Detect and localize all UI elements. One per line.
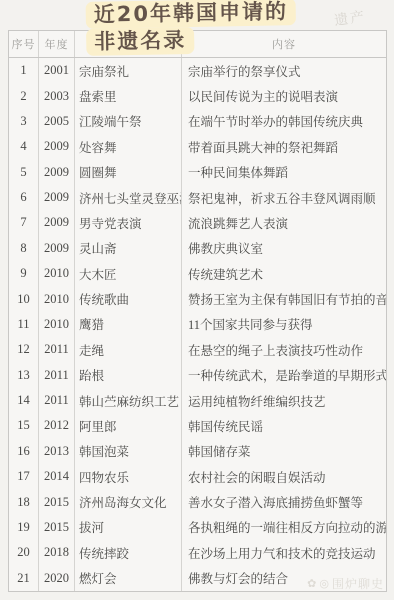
cell-content: 以民间传说为主的说唱表演 [182,83,386,108]
cell-no: 15 [9,413,39,438]
table-row: 42009处容舞带着面具跳大神的祭祀舞蹈 [9,134,386,159]
title-line-1: 近20年韩国申请的 [86,0,297,29]
cell-year: 2015 [39,515,75,540]
cell-no: 3 [9,109,39,134]
cell-no: 11 [9,312,39,337]
cell-content: 韩国储存菜 [182,439,386,464]
cell-year: 2009 [39,134,75,159]
cell-year: 2010 [39,261,75,286]
table-row: 192015拔河各执粗绳的一端往相反方向拉动的游戏 [9,515,386,540]
cell-content: 宗庙举行的祭享仪式 [182,58,386,83]
cell-content: 善水女子潜入海底捕捞鱼虾蟹等 [182,489,386,514]
cell-project: 传统摔跤 [75,540,182,565]
cell-year: 2011 [39,388,75,413]
cell-project: 走绳 [75,337,182,362]
table-body: 12001宗庙祭礼宗庙举行的祭享仪式22003盘索里以民间传说为主的说唱表演32… [9,58,386,591]
cell-no: 20 [9,540,39,565]
cell-project: 燃灯会 [75,566,182,591]
table-row: 82009灵山斋佛教庆典议室 [9,236,386,261]
flower-icon: ✿ [307,577,317,590]
cell-year: 2013 [39,439,75,464]
title-line-2: 非遗名录 [86,27,194,56]
cell-content: 11个国家共同参与获得 [182,312,386,337]
cell-content: 韩国传统民谣 [182,413,386,438]
cell-year: 2003 [39,83,75,108]
cell-project: 济州七头堂灵登巫法 [75,185,182,210]
cell-year: 2020 [39,566,75,591]
table-row: 132011跆根一种传统武术，是跆拳道的早期形式 [9,363,386,388]
table-row: 32005江陵端午祭在端午节时举办的韩国传统庆典 [9,109,386,134]
cell-project: 传统歌曲 [75,286,182,311]
cell-year: 2010 [39,312,75,337]
watermark-top-right: 遗产 [333,6,367,30]
heritage-table: 序号 年度 项目 内容 12001宗庙祭礼宗庙举行的祭享仪式22003盘索里以民… [8,30,387,592]
cell-year: 2018 [39,540,75,565]
cell-year: 2005 [39,109,75,134]
circle-logo-icon: ◎ [319,577,330,590]
cell-no: 18 [9,489,39,514]
cell-project: 阿里郎 [75,413,182,438]
cell-project: 圆圈舞 [75,160,182,185]
cell-content: 在沙场上用力气和技术的竞技运动 [182,540,386,565]
cell-no: 17 [9,464,39,489]
table-row: 102010传统歌曲赞扬王室为主保有韩国旧有节拍的音乐 [9,286,386,311]
cell-content: 祭祀鬼神，祈求五谷丰登风调雨顺 [182,185,386,210]
cell-project: 四物农乐 [75,464,182,489]
cell-content: 赞扬王室为主保有韩国旧有节拍的音乐 [182,286,386,311]
table-row: 172014四物农乐农村社会的闲暇自娱活动 [9,464,386,489]
header-year: 年度 [39,31,75,57]
table-row: 142011韩山苎麻纺织工艺运用纯植物纤维编织技艺 [9,388,386,413]
cell-no: 16 [9,439,39,464]
cell-year: 2009 [39,185,75,210]
table-row: 202018传统摔跤在沙场上用力气和技术的竞技运动 [9,540,386,565]
cell-no: 21 [9,566,39,591]
cell-year: 2009 [39,210,75,235]
cell-content: 各执粗绳的一端往相反方向拉动的游戏 [182,515,386,540]
cell-project: 跆根 [75,363,182,388]
cell-year: 2011 [39,337,75,362]
header-no: 序号 [9,31,39,57]
watermark-bottom-text: 围炉聊史 [332,575,384,592]
cell-project: 大木匠 [75,261,182,286]
cell-project: 宗庙祭礼 [75,58,182,83]
table-row: 52009圆圈舞一种民间集体舞蹈 [9,160,386,185]
cell-project: 韩山苎麻纺织工艺 [75,388,182,413]
cell-year: 2015 [39,489,75,514]
cell-no: 1 [9,58,39,83]
cell-project: 鹰猎 [75,312,182,337]
cell-project: 盘索里 [75,83,182,108]
cell-project: 济州岛海女文化 [75,489,182,514]
cell-no: 12 [9,337,39,362]
cell-year: 2009 [39,160,75,185]
cell-year: 2012 [39,413,75,438]
table-row: 152012阿里郎韩国传统民谣 [9,413,386,438]
table-row: 12001宗庙祭礼宗庙举行的祭享仪式 [9,58,386,83]
table-row: 92010大木匠传统建筑艺术 [9,261,386,286]
cell-project: 灵山斋 [75,236,182,261]
cell-year: 2001 [39,58,75,83]
cell-content: 带着面具跳大神的祭祀舞蹈 [182,134,386,159]
cell-project: 江陵端午祭 [75,109,182,134]
cell-year: 2009 [39,236,75,261]
cell-project: 韩国泡菜 [75,439,182,464]
table-row: 162013韩国泡菜韩国储存菜 [9,439,386,464]
table-row: 122011走绳在悬空的绳子上表演技巧性动作 [9,337,386,362]
page-title: 近20年韩国申请的 非遗名录 [86,0,297,56]
table-row: 112010鹰猎11个国家共同参与获得 [9,312,386,337]
cell-content: 在端午节时举办的韩国传统庆典 [182,109,386,134]
table-row: 62009济州七头堂灵登巫法祭祀鬼神，祈求五谷丰登风调雨顺 [9,185,386,210]
cell-project: 拔河 [75,515,182,540]
cell-content: 在悬空的绳子上表演技巧性动作 [182,337,386,362]
cell-content: 传统建筑艺术 [182,261,386,286]
cell-no: 6 [9,185,39,210]
cell-year: 2014 [39,464,75,489]
cell-no: 5 [9,160,39,185]
table-row: 22003盘索里以民间传说为主的说唱表演 [9,83,386,108]
cell-no: 13 [9,363,39,388]
table-row: 182015济州岛海女文化善水女子潜入海底捕捞鱼虾蟹等 [9,489,386,514]
watermark-bottom-right: ✿ ◎ 围炉聊史 [307,575,384,592]
cell-no: 2 [9,83,39,108]
cell-content: 一种传统武术，是跆拳道的早期形式 [182,363,386,388]
cell-project: 处容舞 [75,134,182,159]
cell-year: 2011 [39,363,75,388]
cell-year: 2010 [39,286,75,311]
table-row: 72009男寺党表演流浪跳舞艺人表演 [9,210,386,235]
cell-project: 男寺党表演 [75,210,182,235]
cell-no: 14 [9,388,39,413]
cell-no: 19 [9,515,39,540]
cell-no: 4 [9,134,39,159]
cell-content: 一种民间集体舞蹈 [182,160,386,185]
cell-content: 佛教庆典议室 [182,236,386,261]
cell-content: 运用纯植物纤维编织技艺 [182,388,386,413]
cell-no: 10 [9,286,39,311]
cell-content: 流浪跳舞艺人表演 [182,210,386,235]
page: 遗产 序号 年度 项目 内容 12001宗庙祭礼宗庙举行的祭享仪式22003盘索… [0,0,394,600]
cell-no: 7 [9,210,39,235]
cell-no: 9 [9,261,39,286]
cell-no: 8 [9,236,39,261]
cell-content: 农村社会的闲暇自娱活动 [182,464,386,489]
